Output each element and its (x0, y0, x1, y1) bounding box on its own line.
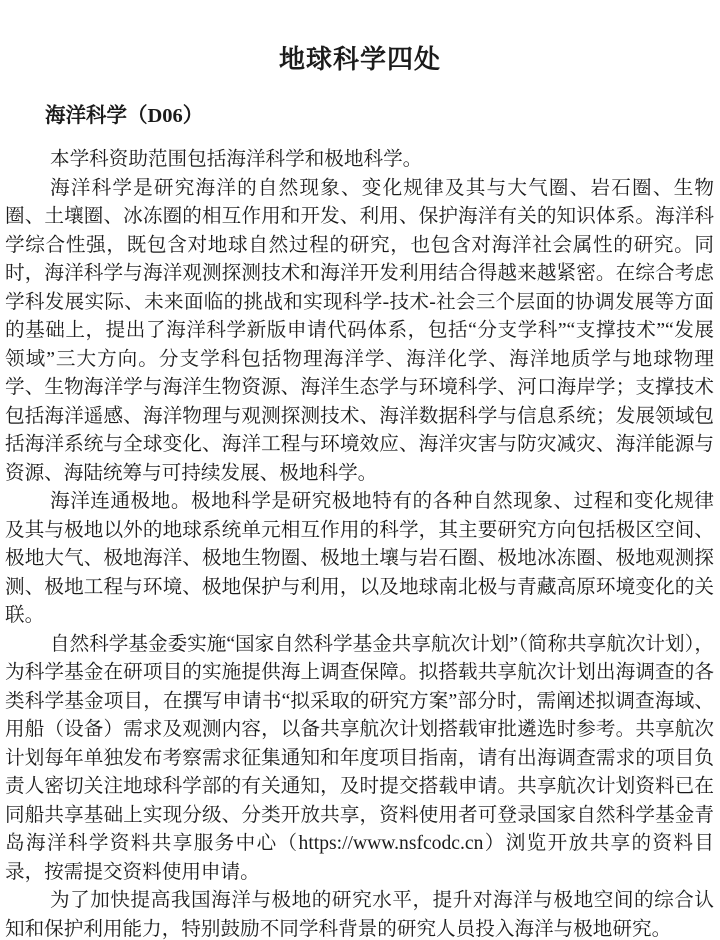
paragraph-encouragement: 为了加快提高我国海洋与极地的研究水平，提升对海洋与极地空间的综合认知和保护利用能… (5, 887, 714, 940)
document-page: 地球科学四处 海洋科学（D06） 本学科资助范围包括海洋科学和极地科学。 海洋科… (0, 0, 720, 940)
page-title: 地球科学四处 (0, 0, 720, 76)
paragraph-ocean-science-overview: 海洋科学是研究海洋的自然现象、变化规律及其与大气圈、岩石圈、生物圈、土壤圈、冰冻… (5, 175, 714, 489)
paragraph-polar-science: 海洋连通极地。极地科学是研究极地特有的各种自然现象、过程和变化规律及其与极地以外… (5, 488, 714, 631)
paragraph-shared-cruise-program: 自然科学基金委实施“国家自然科学基金共享航次计划”（简称共享航次计划），为科学基… (5, 631, 714, 888)
section-heading-ocean-science-d06: 海洋科学（D06） (45, 103, 715, 130)
document-body: 本学科资助范围包括海洋科学和极地科学。 海洋科学是研究海洋的自然现象、变化规律及… (5, 146, 714, 940)
paragraph-funding-scope: 本学科资助范围包括海洋科学和极地科学。 (5, 146, 714, 175)
